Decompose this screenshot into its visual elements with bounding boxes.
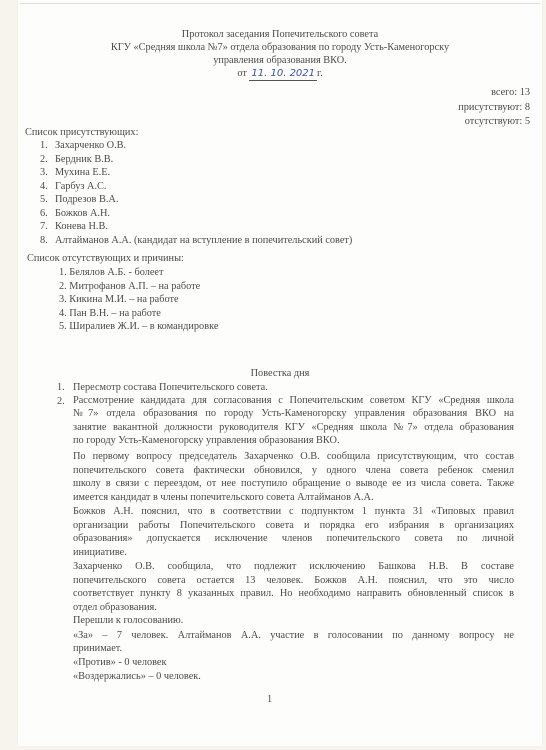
list-item: 2.Бердник В.В. [40,153,113,166]
title-line-1: Протокол заседания Попечительского совет… [18,28,542,41]
title-line-2: КГУ «Средняя школа №7» отдела образовани… [18,41,542,54]
absent-list-heading: Список отсутствующих и причины: [27,252,184,265]
list-item: 5. Ширалиев Ж.И. – в командировке [59,320,218,333]
list-item: 2. Митрофанов А.П. – на работе [59,280,200,293]
list-item: 3. Кикина М.И. – на работе [59,293,179,306]
list-item: 3.Мухина Е.Е. [40,166,110,179]
list-item: 6.Божков А.Н. [40,207,110,220]
present-list-heading: Список присутствующих: [25,126,138,139]
attendance-absent: отсутствуют: 5 [465,115,530,128]
list-item: 1.Захарченко О.В. [40,139,126,152]
agenda-item-1: Пересмотр состава Попечительского совета… [73,381,268,394]
agenda-heading: Повестка дня [18,367,542,380]
title-line-3: управления образования ВКО. [18,54,542,67]
date-prefix: от [237,68,247,79]
agenda-item-2-number: 2. [57,395,65,408]
list-item: 1. Белялов А.Б. - болеет [59,266,163,279]
date-suffix: г. [317,68,323,79]
list-item: 5.Подрезов В.А. [40,193,118,206]
list-item: 4. Пан В.Н. – на работе [59,307,161,320]
agenda-item-1-number: 1. [57,381,65,394]
scan-edge-line [20,3,540,4]
attendance-total: всего: 13 [491,86,530,99]
list-item: 8.Алтайманов А.А. (кандидат на вступлени… [40,234,352,247]
list-item: 4.Гарбуз А.С. [40,180,107,193]
document-page: Протокол заседания Попечительского совет… [18,0,542,746]
handwritten-date: 11. 10. 2021 [251,68,315,79]
attendance-present: присутствуют: 8 [458,101,530,114]
page-number: 1 [267,693,272,706]
list-item: 7.Конева Н.В. [40,220,108,233]
protocol-date: от 11. 10. 2021г. [18,67,542,81]
